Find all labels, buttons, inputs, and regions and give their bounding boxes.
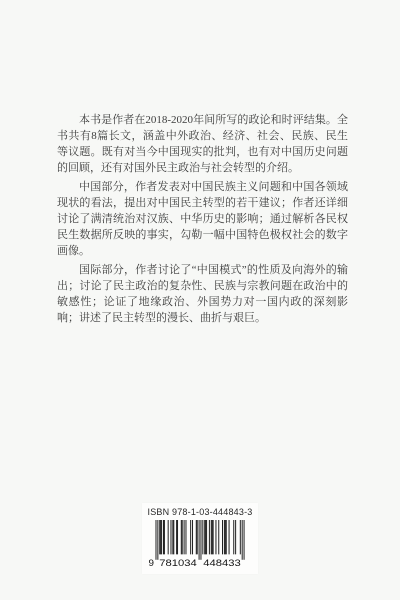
book-back-cover: 本书是作者在2018-2020年间所写的政论和时评结集。全书共有8篇长文，涵盖中… (0, 0, 400, 600)
svg-text:448433: 448433 (203, 558, 240, 567)
synopsis-paragraph-international-section: 国际部分，作者讨论了“中国模式”的性质及向海外的输出；讨论了民主政治的复杂性、民… (57, 262, 348, 326)
synopsis-paragraph-china-section: 中国部分，作者发表对中国民族主义问题和中国各领域现状的看法，提出对中国民主转型的… (57, 179, 348, 259)
ean13-barcode-icon: 9781034448433 (148, 520, 252, 567)
synopsis-paragraph-overview: 本书是作者在2018-2020年间所写的政论和时评结集。全书共有8篇长文，涵盖中… (57, 112, 348, 176)
synopsis: 本书是作者在2018-2020年间所写的政论和时评结集。全书共有8篇长文，涵盖中… (57, 112, 348, 329)
svg-text:9: 9 (149, 558, 154, 567)
isbn-barcode-block: ISBN 978-1-03-444843-3 9781034448433 (142, 503, 258, 574)
isbn-label: ISBN 978-1-03-444843-3 (148, 507, 253, 518)
svg-text:781034: 781034 (159, 558, 197, 567)
